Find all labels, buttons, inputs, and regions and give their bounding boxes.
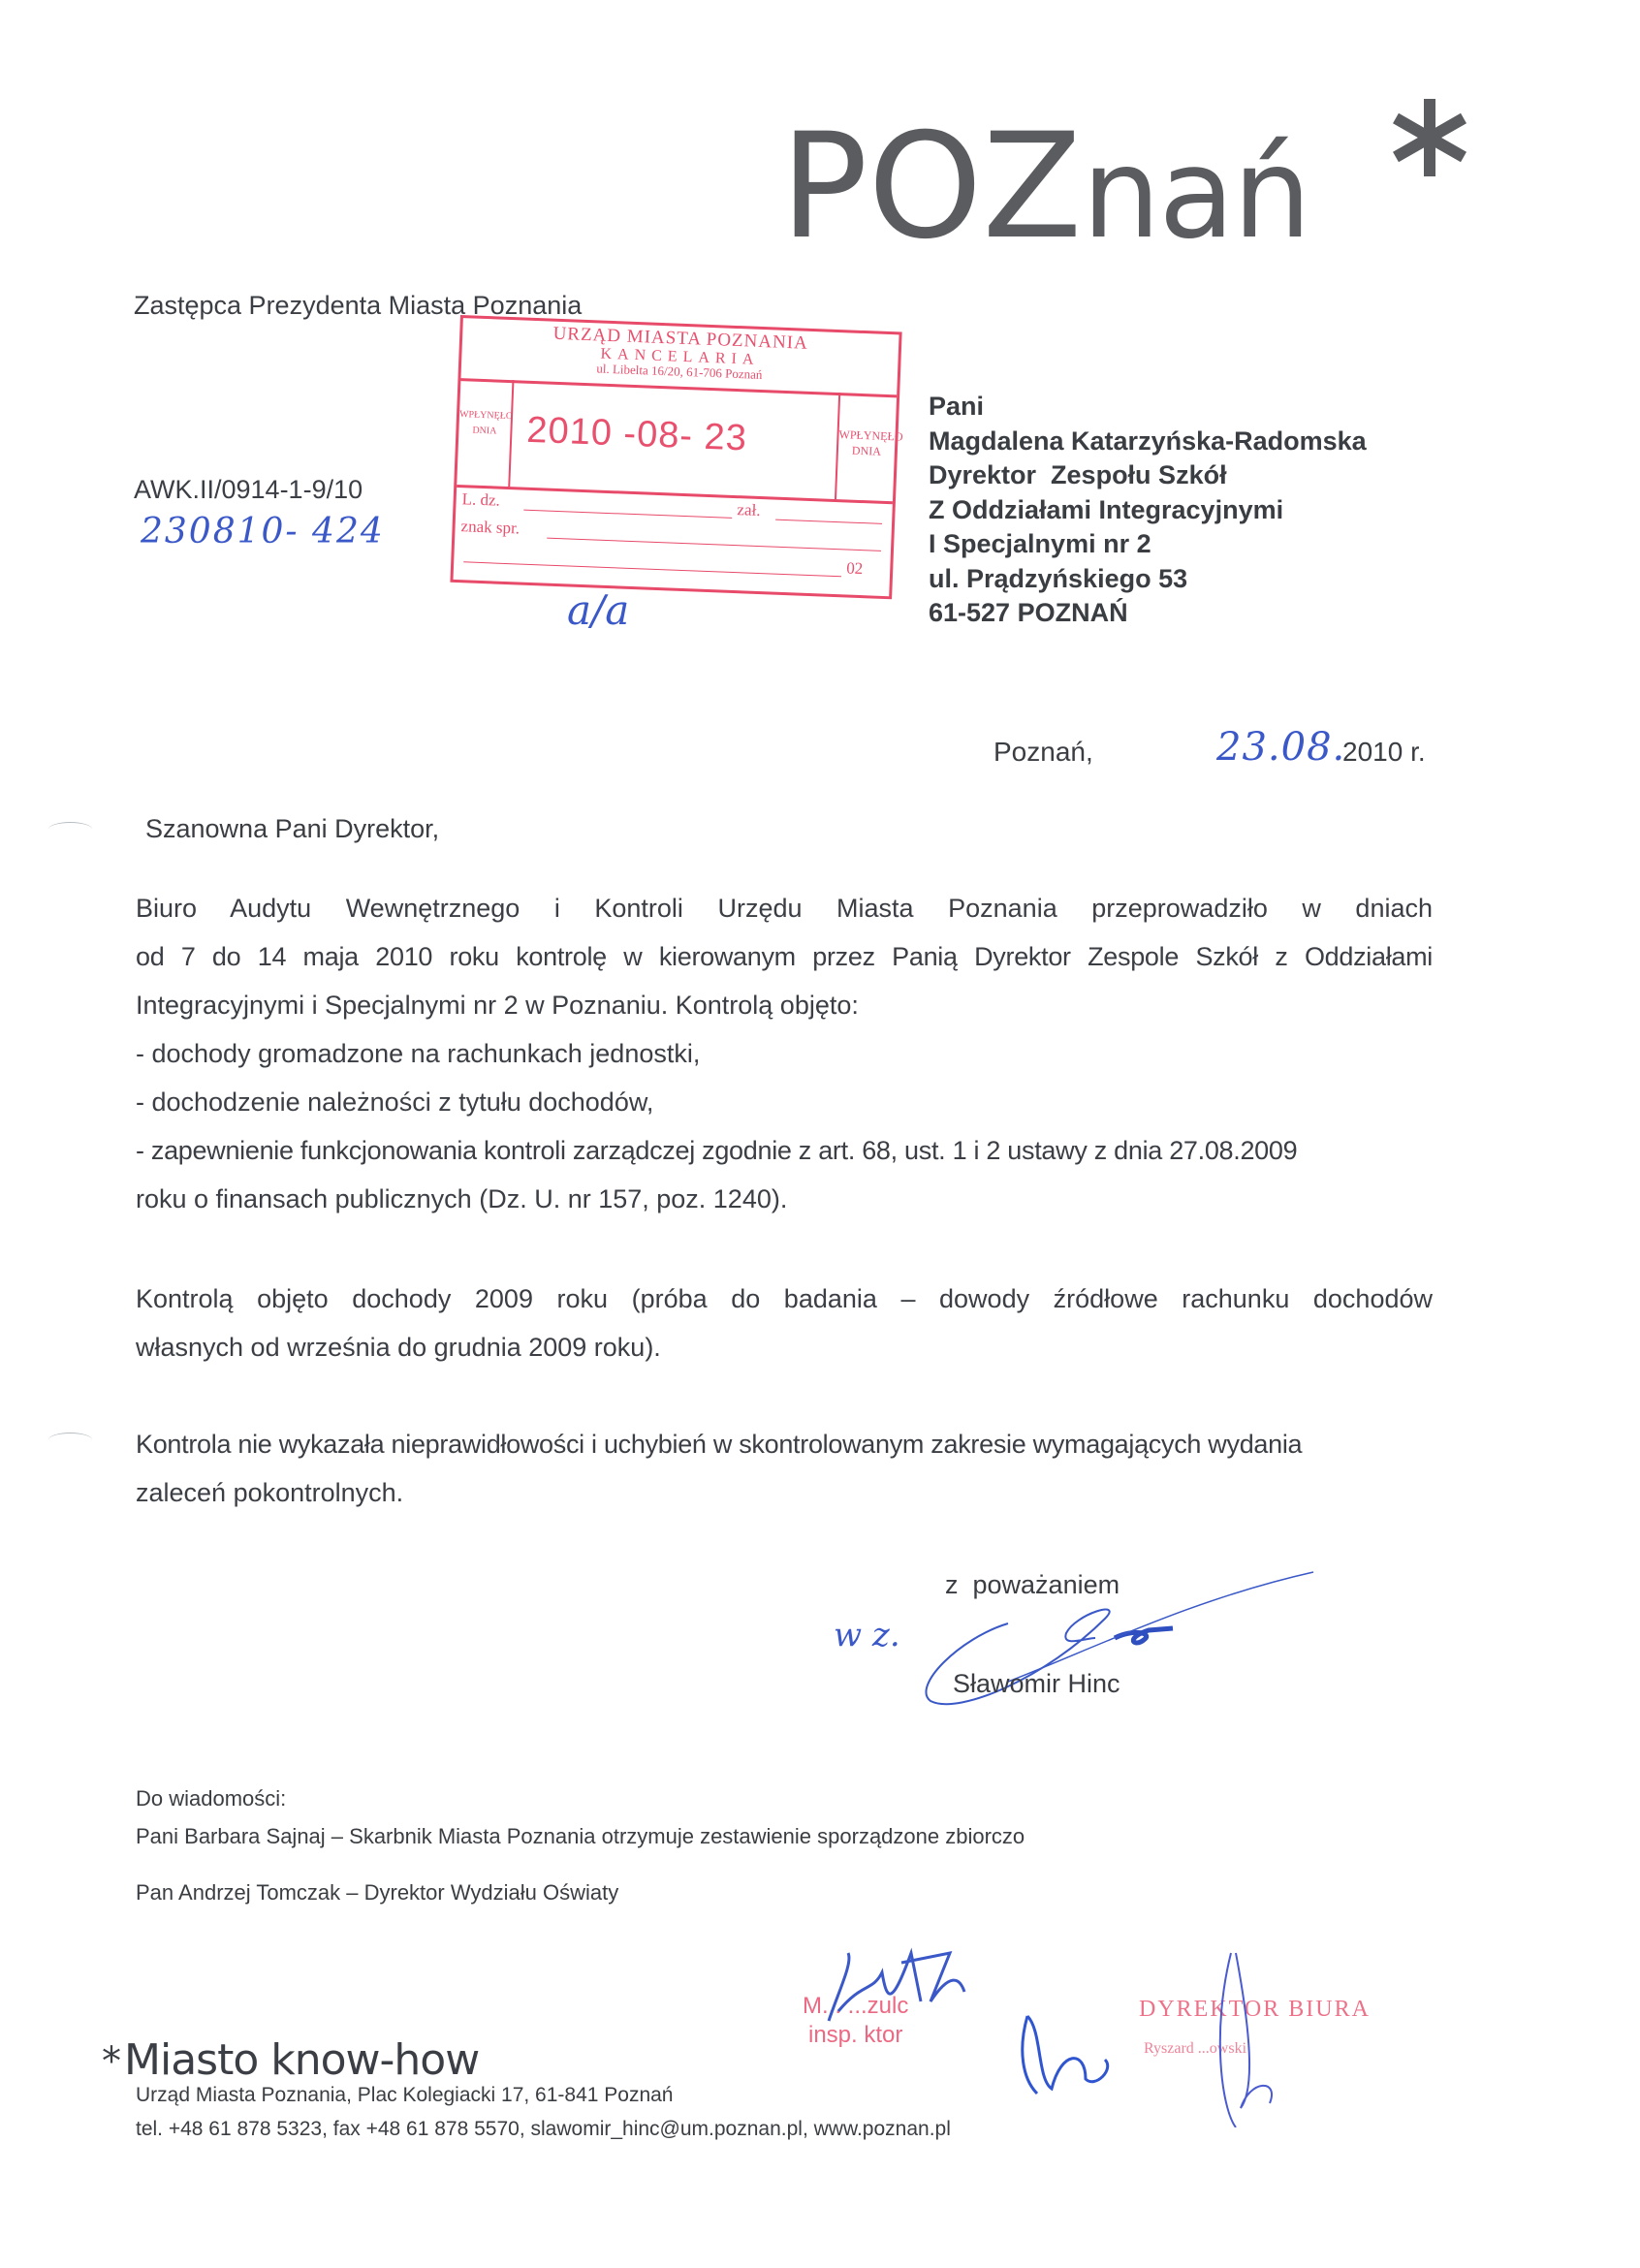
paragraph-3: Kontrola nie wykazała nieprawidłowości i… — [136, 1420, 1433, 1517]
footer-brand-text: Miasto know-how — [124, 2035, 479, 2085]
signature-prefix: w z. — [834, 1616, 900, 1654]
stamp-znak-line — [547, 538, 881, 551]
footer-brand: *Miasto know-how — [102, 2035, 479, 2085]
margin-mark — [48, 822, 92, 836]
stamp-ldz-label: L. dz. — [461, 489, 500, 510]
asterisk-icon — [1357, 89, 1473, 205]
stamp-zal-line — [775, 520, 882, 524]
body-line: - dochodzenie należności z tytułu dochod… — [136, 1078, 1433, 1126]
handwritten-note: a/a — [567, 586, 629, 634]
stamp-bottom-line — [463, 561, 841, 577]
body-line: Kontrolą objęto dochody 2009 roku (próba… — [136, 1275, 1433, 1323]
body-line: - dochody gromadzone na rachunkach jedno… — [136, 1029, 1433, 1078]
recipient-line: Pani — [929, 390, 1367, 425]
dateline-place: Poznań, — [993, 737, 1093, 768]
stamp-right-label-1: WPŁYNĘŁO — [838, 426, 896, 444]
body-line: Kontrola nie wykazała nieprawidłowości i… — [136, 1420, 1433, 1468]
stamp-znak-label: znak spr. — [460, 517, 520, 538]
asterisk-icon: * — [102, 2039, 120, 2084]
footer-contact: tel. +48 61 878 5323, fax +48 61 878 557… — [136, 2118, 951, 2141]
handwritten-reference: 230810- 424 — [141, 512, 385, 551]
stamp-right-label: WPŁYNĘŁO DNIA — [835, 393, 897, 501]
body-line: Biuro Audytu Wewnętrznego i Kontroli Urz… — [136, 884, 1433, 932]
poznan-logo: POZnań — [780, 114, 1309, 260]
recipient-line: ul. Prądzyńskiego 53 — [929, 562, 1367, 597]
body-line: od 7 do 14 maja 2010 roku kontrolę w kie… — [136, 932, 1433, 981]
body-line: własnych od września do grudnia 2009 rok… — [136, 1323, 1433, 1371]
logo-upper: POZ — [780, 103, 1082, 271]
cc-item: Pan Andrzej Tomczak – Dyrektor Wydziału … — [136, 1880, 618, 1906]
receipt-stamp: URZĄD MIASTA POZNANIA KANCELARIA ul. Lib… — [450, 315, 901, 599]
stamp-right-label-2: DNIA — [838, 442, 896, 459]
paragraph-2: Kontrolą objęto dochody 2009 roku (próba… — [136, 1275, 1433, 1371]
dateline-year: 2010 r. — [1342, 737, 1426, 768]
approval-signatures — [795, 1934, 1376, 2127]
body-line: roku o finansach publicznych (Dz. U. nr … — [136, 1175, 1433, 1223]
handwritten-date: 23.08. — [1216, 725, 1345, 770]
footer-address: Urząd Miasta Poznania, Plac Kolegiacki 1… — [136, 2084, 674, 2107]
recipient-line: Magdalena Katarzyńska-Radomska — [929, 425, 1367, 459]
stamp-number: 02 — [846, 558, 864, 579]
recipient-line: I Specjalnymi nr 2 — [929, 527, 1367, 562]
reference-number: AWK.II/0914-1-9/10 — [134, 475, 363, 505]
body-line: zaleceń pokontrolnych. — [136, 1468, 1433, 1517]
cc-heading: Do wiadomości: — [136, 1786, 286, 1811]
stamp-left-label: WPŁYNĘŁO DNIA — [457, 378, 514, 487]
recipient-line: Z Oddziałami Integracyjnymi — [929, 493, 1367, 528]
stamp-zal-label: zał. — [737, 500, 761, 520]
recipient-line: Dyrektor Zespołu Szkół — [929, 458, 1367, 493]
margin-mark — [48, 1433, 92, 1447]
recipient-line: 61-527 POZNAŃ — [929, 596, 1367, 631]
body-line: Integracyjnymi i Specjalnymi nr 2 w Pozn… — [136, 981, 1433, 1029]
paragraph-1: Biuro Audytu Wewnętrznego i Kontroli Urz… — [136, 884, 1433, 1223]
recipient-address: Pani Magdalena Katarzyńska-Radomska Dyre… — [929, 390, 1367, 631]
stamp-ldz-line — [523, 510, 732, 519]
signer-name: Sławomir Hinc — [953, 1669, 1120, 1699]
logo-lower: nań — [1082, 122, 1309, 267]
cc-item: Pani Barbara Sajnaj – Skarbnik Miasta Po… — [136, 1824, 1025, 1849]
salutation: Szanowna Pani Dyrektor, — [145, 814, 439, 844]
body-line: - zapewnienie funkcjonowania kontroli za… — [136, 1126, 1433, 1175]
stamp-date: 2010 -08- 23 — [526, 410, 748, 460]
